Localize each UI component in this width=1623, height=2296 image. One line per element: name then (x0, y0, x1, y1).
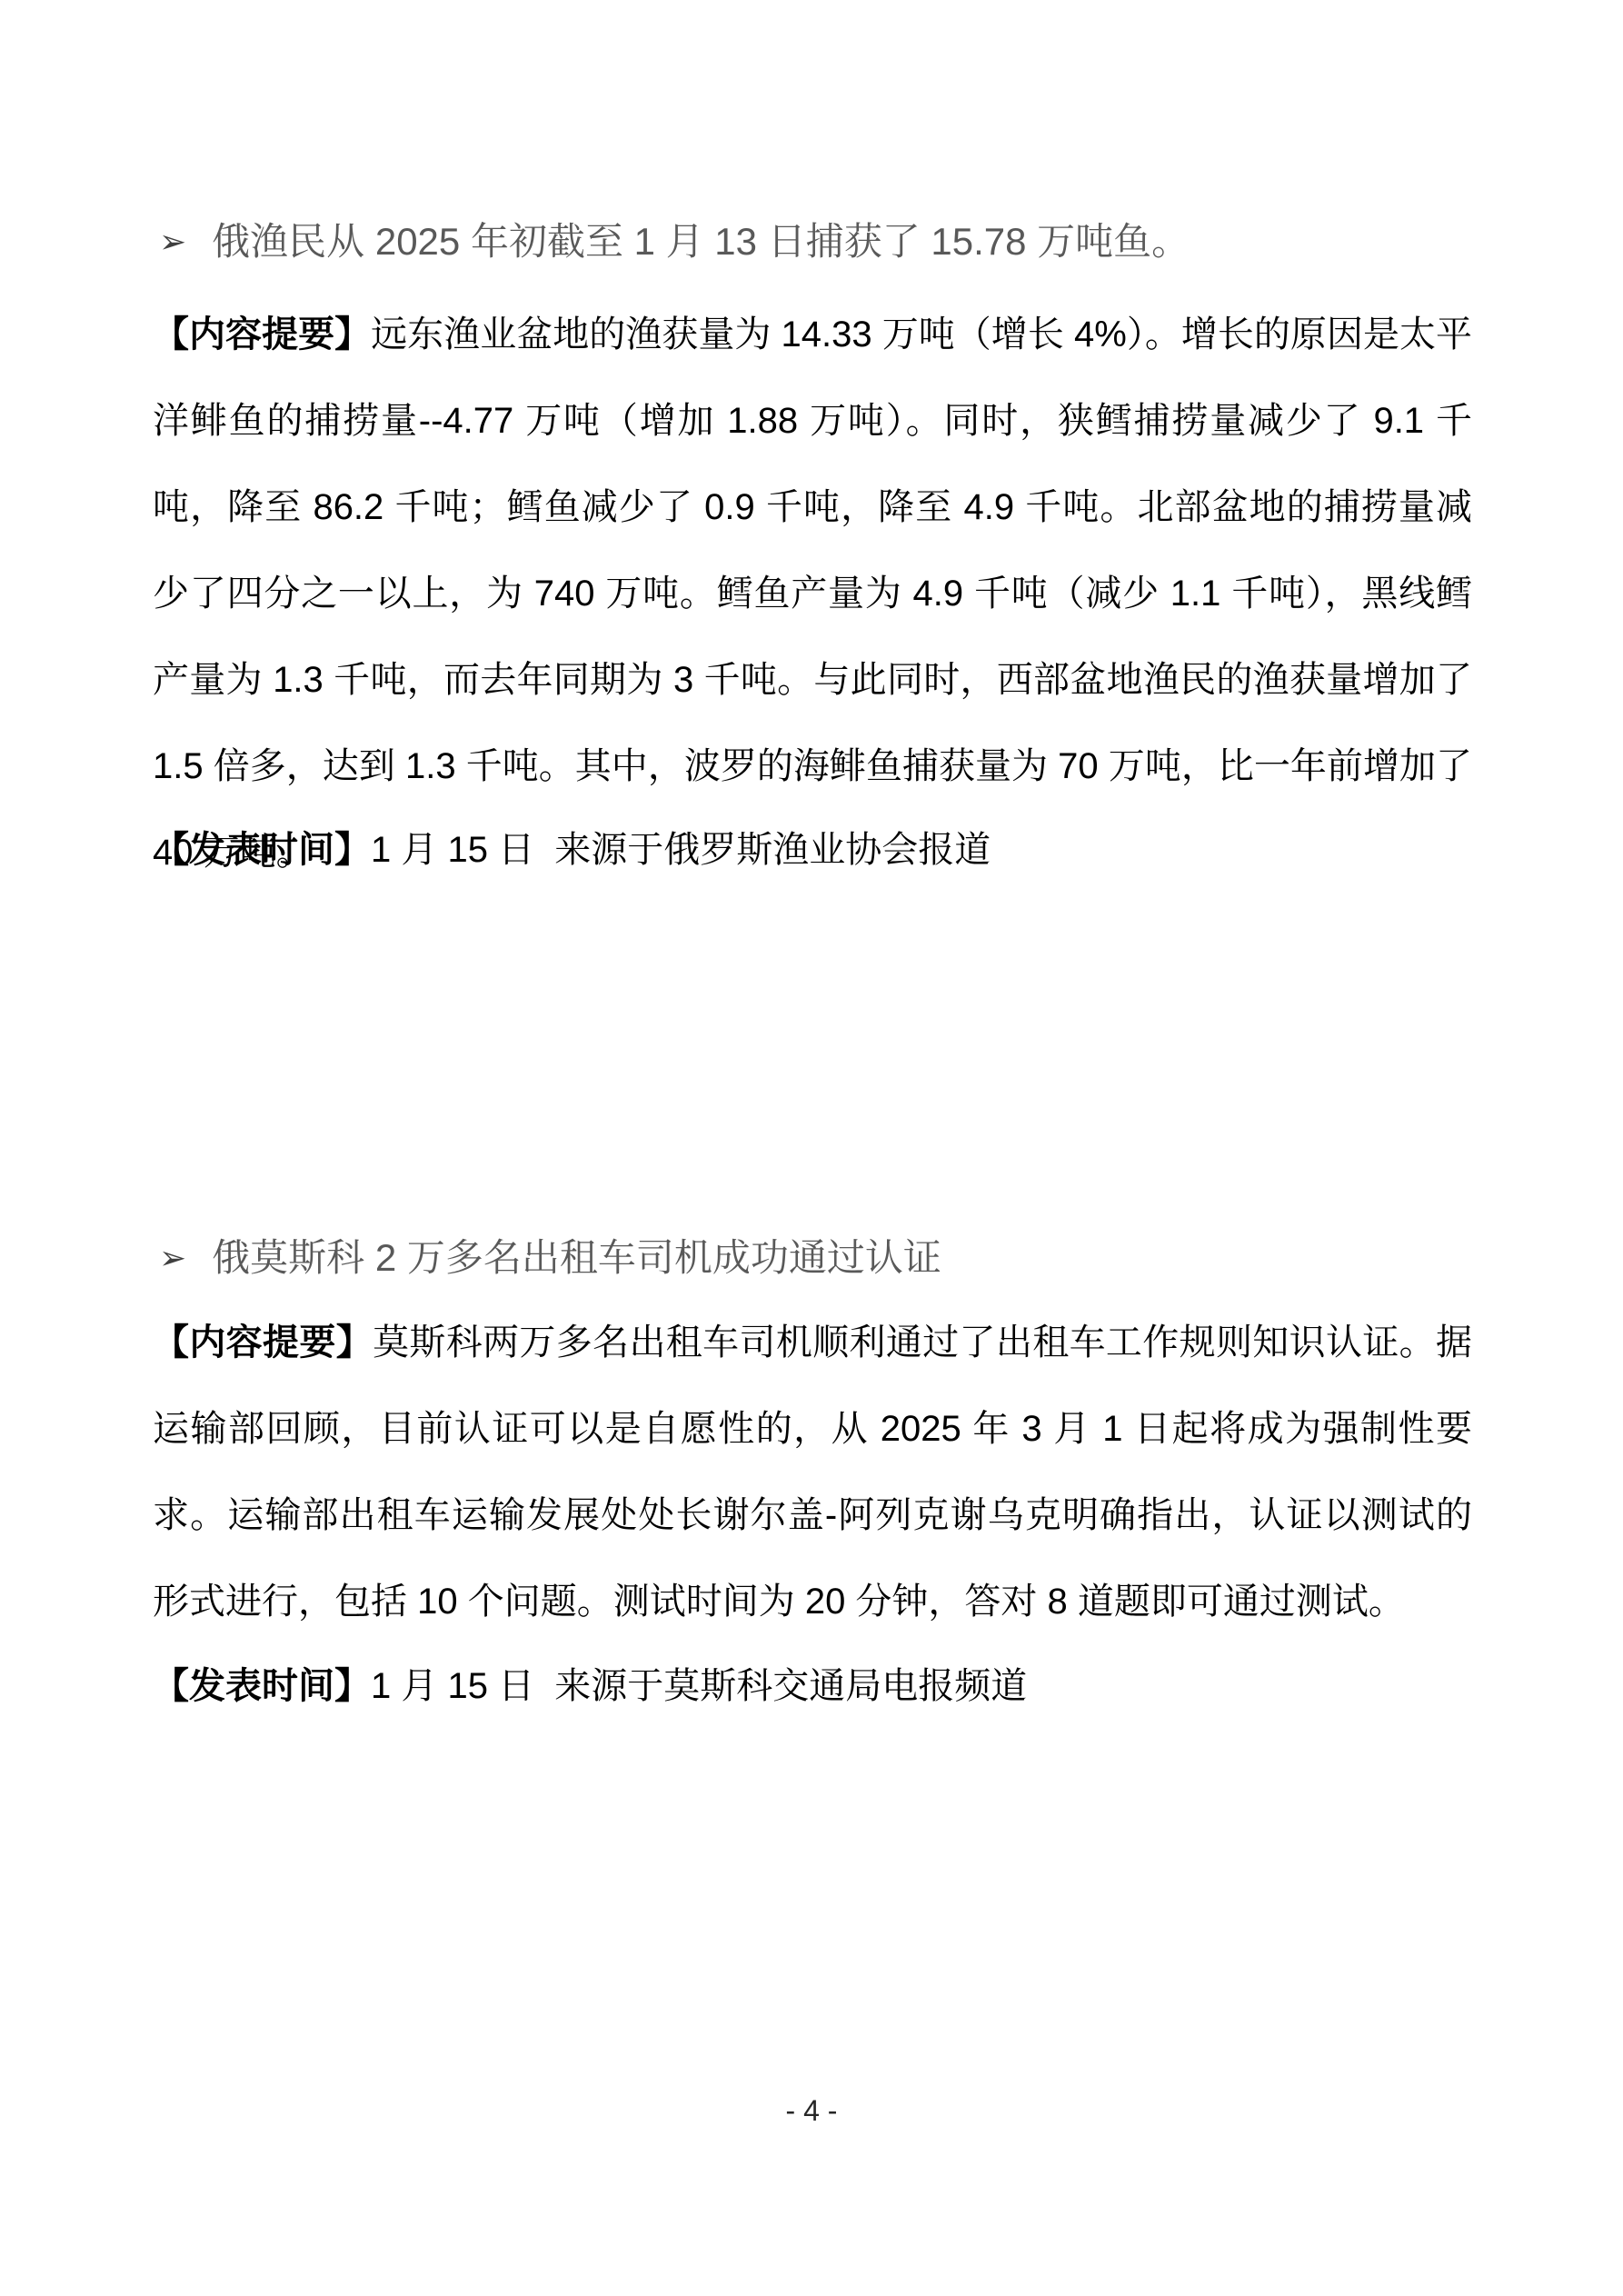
arrow-bullet-icon: ➢ (159, 216, 186, 267)
section-1-publish-text: 1 月 15 日 来源于俄罗斯渔业协会报道 (371, 830, 991, 870)
section-2-publish-text: 1 月 15 日 来源于莫斯科交通局电报频道 (371, 1666, 1027, 1706)
section-1-summary-label: 【内容提要】 (153, 314, 371, 354)
section-2-publish-label: 【发表时间】 (153, 1666, 371, 1706)
page-number: - 4 - (0, 2089, 1623, 2132)
section-1-summary-text: 远东渔业盆地的渔获量为 14.33 万吨（增长 4%）。增长的原因是太平洋鲱鱼的… (153, 314, 1472, 873)
section-2-summary-text: 莫斯科两万多名出租车司机顺利通过了出租车工作规则知识认证。据运输部回顾，目前认证… (153, 1323, 1472, 1622)
section-2-heading: ➢ 俄莫斯科 2 万多名出租车司机成功通过认证 (159, 1233, 941, 1285)
section-2-heading-text: 俄莫斯科 2 万多名出租车司机成功通过认证 (212, 1233, 941, 1283)
section-2-summary-paragraph: 【内容提要】莫斯科两万多名出租车司机顺利通过了出租车工作规则知识认证。据运输部回… (153, 1300, 1472, 1645)
section-1-publish-label: 【发表时间】 (153, 830, 371, 870)
section-1-publish-line: 【发表时间】1 月 15 日 来源于俄罗斯渔业协会报道 (153, 807, 991, 893)
section-1-heading-text: 俄渔民从 2025 年初截至 1 月 13 日捕获了 15.78 万吨鱼。 (212, 216, 1190, 267)
section-1-summary-paragraph: 【内容提要】远东渔业盆地的渔获量为 14.33 万吨（增长 4%）。增长的原因是… (153, 292, 1472, 896)
section-2-publish-line: 【发表时间】1 月 15 日 来源于莫斯科交通局电报频道 (153, 1643, 1027, 1730)
section-1-heading: ➢ 俄渔民从 2025 年初截至 1 月 13 日捕获了 15.78 万吨鱼。 (159, 216, 1190, 269)
document-page: ➢ 俄渔民从 2025 年初截至 1 月 13 日捕获了 15.78 万吨鱼。 … (0, 0, 1623, 2296)
section-2-summary-label: 【内容提要】 (153, 1323, 373, 1363)
arrow-bullet-icon: ➢ (159, 1233, 186, 1283)
